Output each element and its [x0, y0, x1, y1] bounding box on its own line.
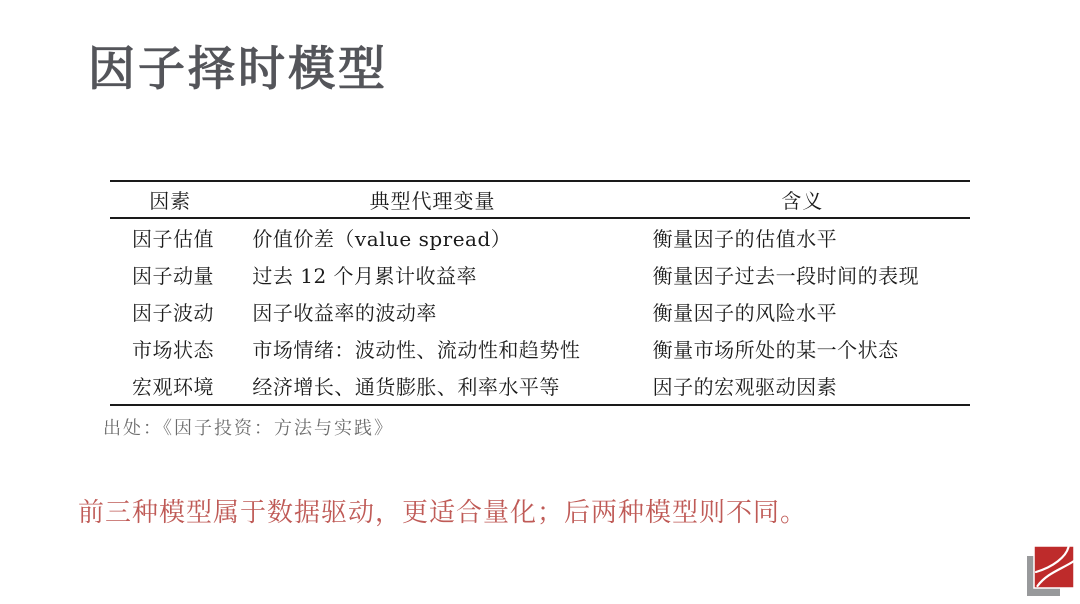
cell-meaning: 因子的宏观驱动因素 [635, 367, 970, 405]
cell-factor: 因子估值 [110, 218, 230, 256]
cell-meaning: 衡量市场所处的某一个状态 [635, 330, 970, 367]
col-header-meaning: 含义 [635, 181, 970, 218]
cell-factor: 宏观环境 [110, 367, 230, 405]
table-row: 因子波动 因子收益率的波动率 衡量因子的风险水平 [110, 293, 970, 330]
table-row: 宏观环境 经济增长、通货膨胀、利率水平等 因子的宏观驱动因素 [110, 367, 970, 405]
highlight-note: 前三种模型属于数据驱动，更适合量化；后两种模型则不同。 [78, 492, 807, 529]
cell-proxy: 经济增长、通货膨胀、利率水平等 [230, 367, 634, 405]
table-row: 因子动量 过去 12 个月累计收益率 衡量因子过去一段时间的表现 [110, 256, 970, 293]
table-header-row: 因素 典型代理变量 含义 [110, 181, 970, 218]
presentation-slide: 因子择时模型 因素 典型代理变量 含义 因子估值 价值价差（value spre… [0, 0, 1080, 604]
cell-meaning: 衡量因子的估值水平 [635, 218, 970, 256]
cell-meaning: 衡量因子过去一段时间的表现 [635, 256, 970, 293]
table-row: 因子估值 价值价差（value spread） 衡量因子的估值水平 [110, 218, 970, 256]
brand-logo-icon [1027, 544, 1075, 598]
source-note: 出处：《因子投资：方法与实践》 [103, 414, 394, 440]
cell-proxy: 市场情绪：波动性、流动性和趋势性 [230, 330, 634, 367]
cell-factor: 市场状态 [110, 330, 230, 367]
brand-logo-svg [1027, 544, 1075, 598]
cell-proxy: 价值价差（value spread） [230, 218, 634, 256]
cell-meaning: 衡量因子的风险水平 [635, 293, 970, 330]
cell-factor: 因子动量 [110, 256, 230, 293]
factor-table: 因素 典型代理变量 含义 因子估值 价值价差（value spread） 衡量因… [110, 180, 970, 406]
factor-table-grid: 因素 典型代理变量 含义 因子估值 价值价差（value spread） 衡量因… [110, 180, 970, 406]
cell-proxy: 因子收益率的波动率 [230, 293, 634, 330]
table-row: 市场状态 市场情绪：波动性、流动性和趋势性 衡量市场所处的某一个状态 [110, 330, 970, 367]
cell-factor: 因子波动 [110, 293, 230, 330]
col-header-proxy: 典型代理变量 [230, 181, 634, 218]
col-header-factor: 因素 [110, 181, 230, 218]
cell-proxy: 过去 12 个月累计收益率 [230, 256, 634, 293]
slide-title: 因子择时模型 [88, 44, 388, 96]
